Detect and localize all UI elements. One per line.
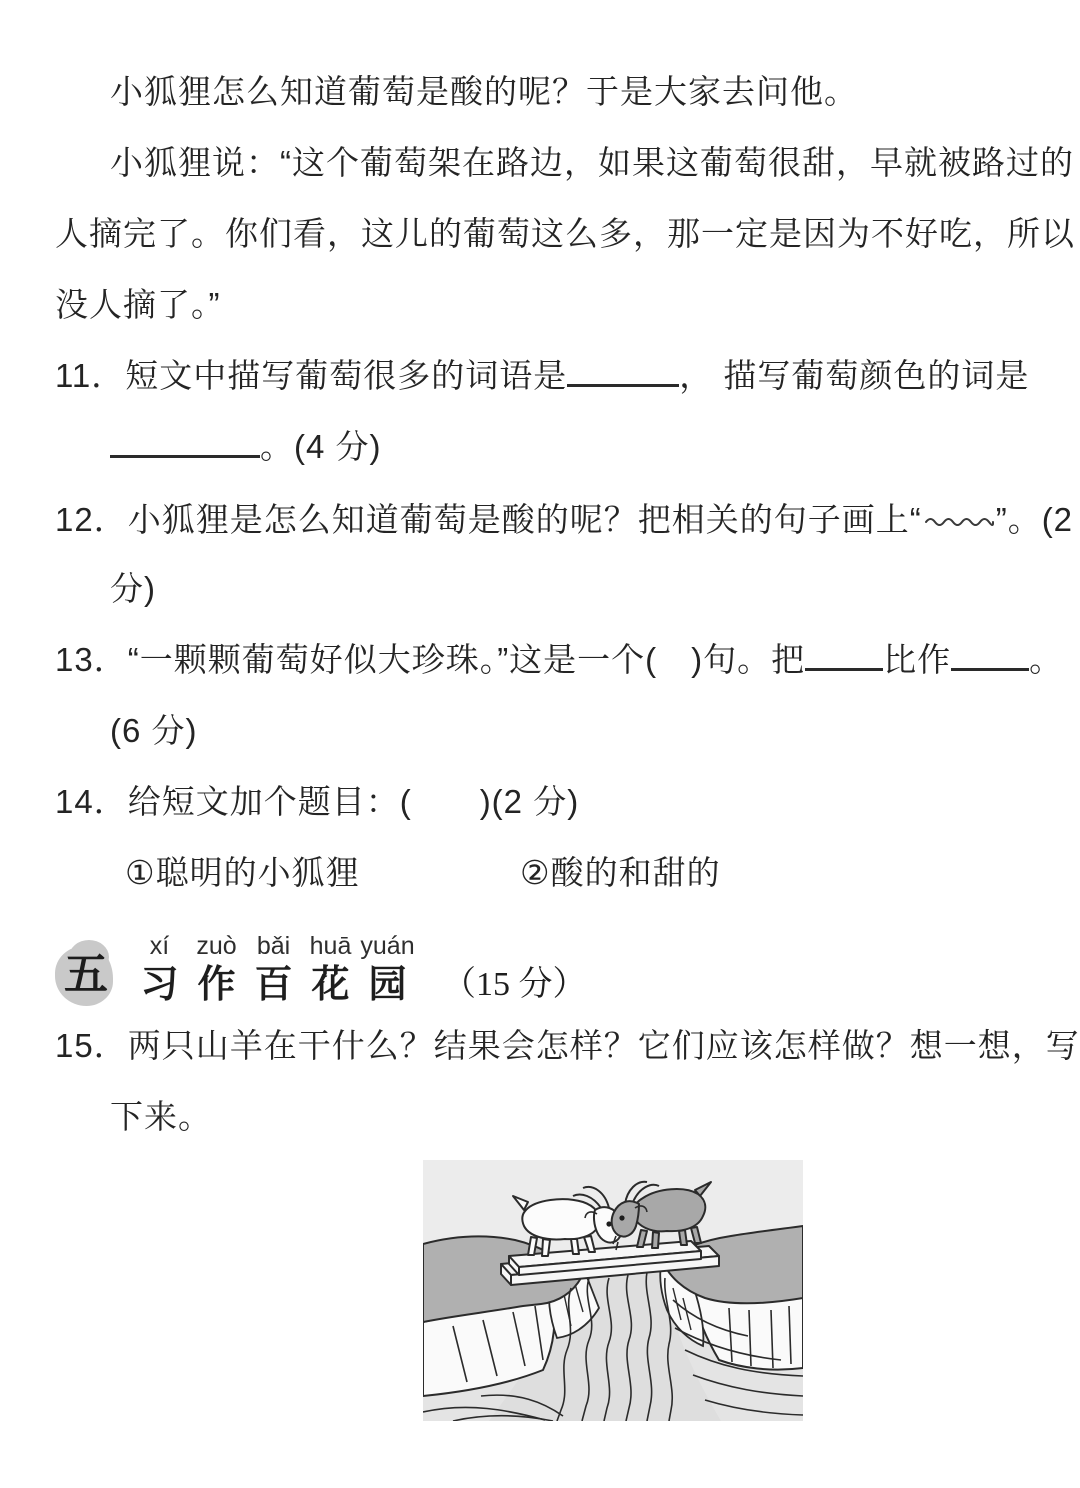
option-1: ①聪明的小狐狸 <box>125 837 520 908</box>
hanzi: 作 <box>197 960 235 1010</box>
story-paragraph-1: 小狐狸怎么知道葡萄是酸的呢？于是大家去问他。 <box>55 56 1062 127</box>
section-score: （15 分） <box>442 960 587 1010</box>
question-14-options: ①聪明的小狐狸②酸的和甜的 <box>55 837 1062 908</box>
question-12-text: 12．小狐狸是怎么知道葡萄是酸的呢？把相关的句子画上“ <box>55 501 922 538</box>
question-13-text-2: 比作 <box>883 641 951 678</box>
question-11-line-2: 。(4 分) <box>55 411 1062 482</box>
title-char: xí习 <box>131 932 188 1010</box>
question-13-line-2: (6 分) <box>55 695 1062 766</box>
pinyin: huā <box>310 932 352 960</box>
question-13-text-3: 。 <box>1029 641 1063 678</box>
question-12-line-1: 12．小狐狸是怎么知道葡萄是酸的呢？把相关的句子画上“”。(2 <box>55 482 1062 553</box>
question-15-line-1: 15．两只山羊在干什么？结果会怎样？它们应该怎样做？想一想，写 <box>55 1010 1062 1081</box>
question-13-text: 13．“一颗颗葡萄好似大珍珠。”这是一个( )句。把 <box>55 641 805 678</box>
question-11-text-2: ， 描写葡萄颜色的词是 <box>679 357 1029 394</box>
answer-blank <box>110 449 260 458</box>
section-title: xí习 zuò作 bǎi百 huā花 yuán园 <box>131 932 416 1010</box>
answer-blank <box>567 378 679 387</box>
illustration-svg <box>423 1160 803 1421</box>
pinyin: bǎi <box>257 932 290 960</box>
option-2: ②酸的和甜的 <box>520 854 721 891</box>
story-paragraph-2-line-3: 没人摘了。” <box>55 269 1062 340</box>
question-11-score: 。(4 分) <box>260 428 382 465</box>
question-12-line-2: 分) <box>55 553 1062 624</box>
question-12-text-2: ”。(2 <box>996 501 1073 538</box>
question-13-line-1: 13．“一颗颗葡萄好似大珍珠。”这是一个( )句。把比作。 <box>55 624 1062 695</box>
worksheet-page: 小狐狸怎么知道葡萄是酸的呢？于是大家去问他。 小狐狸说：“这个葡萄架在路边，如果… <box>0 0 1080 1421</box>
section-number-badge: 五 <box>55 940 117 1008</box>
section-number: 五 <box>64 939 108 1010</box>
story-paragraph-2-line-2: 人摘完了。你们看，这儿的葡萄这么多，那一定是因为不好吃，所以 <box>55 198 1062 269</box>
pinyin: yuán <box>360 932 414 960</box>
answer-blank <box>805 662 883 671</box>
title-char: huā花 <box>302 932 359 1010</box>
goats-bridge-illustration <box>423 1160 803 1421</box>
wavy-underline-icon <box>924 482 994 553</box>
story-paragraph-2-line-1: 小狐狸说：“这个葡萄架在路边，如果这葡萄很甜，早就被路过的 <box>55 127 1062 198</box>
question-14-line-1: 14．给短文加个题目：( )(2 分) <box>55 766 1062 837</box>
pinyin: zuò <box>196 932 236 960</box>
pinyin: xí <box>150 932 169 960</box>
question-11-text: 11．短文中描写葡萄很多的词语是 <box>55 357 567 394</box>
hanzi: 花 <box>311 960 349 1010</box>
title-char: bǎi百 <box>245 932 302 1010</box>
title-char: zuò作 <box>188 932 245 1010</box>
hanzi: 百 <box>254 960 292 1010</box>
answer-blank <box>951 662 1029 671</box>
title-char: yuán园 <box>359 932 416 1010</box>
hanzi: 园 <box>368 960 406 1010</box>
question-11-line-1: 11．短文中描写葡萄很多的词语是， 描写葡萄颜色的词是 <box>55 340 1062 411</box>
section-5-header: 五 xí习 zuò作 bǎi百 huā花 yuán园 （15 分） <box>55 920 1062 1010</box>
hanzi: 习 <box>140 960 178 1010</box>
question-15-line-2: 下来。 <box>55 1081 1062 1152</box>
